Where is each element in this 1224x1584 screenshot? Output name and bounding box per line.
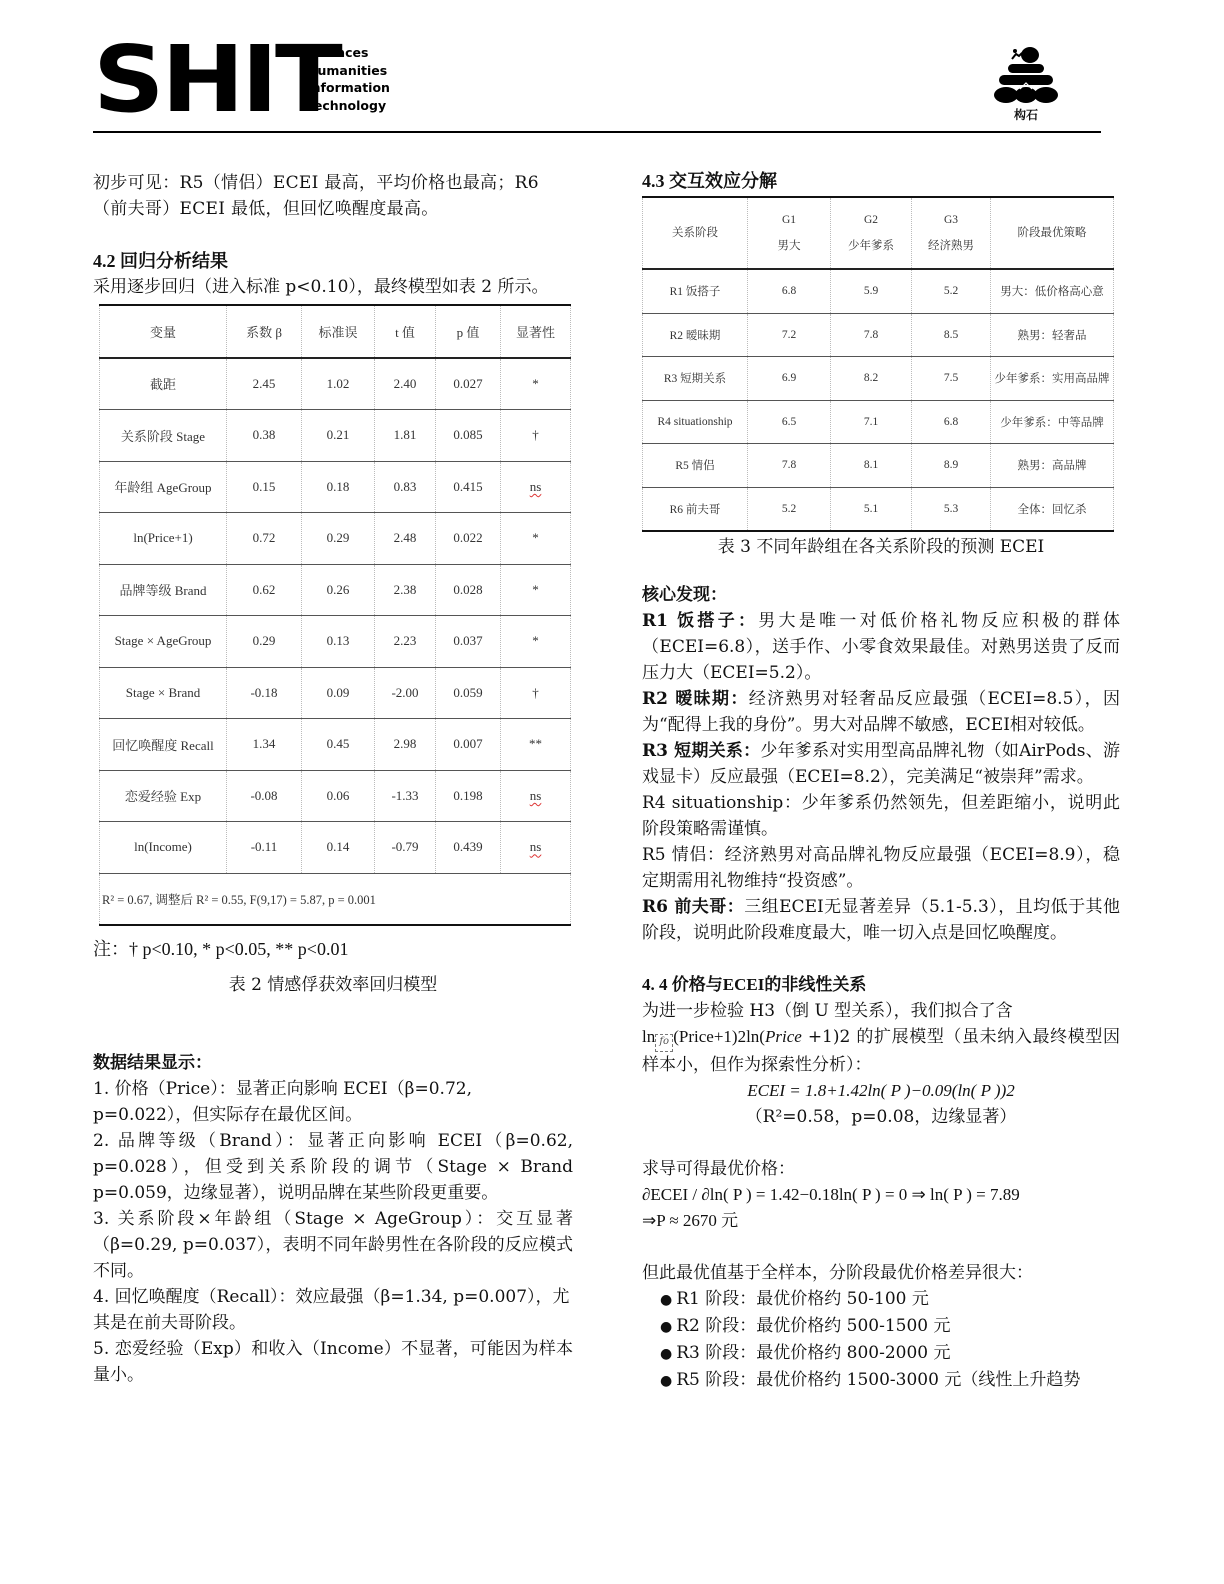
coef-cell: -0.11	[227, 822, 302, 874]
list-item: R5 阶段：最优价格约 1500-3000 元（线性上升趋势	[660, 1367, 1120, 1394]
t-cell: 2.40	[375, 358, 436, 410]
coef-cell: 0.29	[227, 616, 302, 668]
result-item: 5. 恋爱经验（Exp）和收入（Income）不显著，可能因为样本量小。	[93, 1336, 573, 1388]
se-cell: 0.21	[302, 410, 375, 462]
g2-cell: 8.2	[831, 357, 912, 401]
table-row: R1 饭搭子 6.8 5.9 5.2 男大：低价格高心意	[643, 269, 1114, 313]
variable-cell: 恋爱经验 Exp	[100, 770, 227, 822]
publisher-name: 构石	[990, 106, 1062, 123]
list-item: R2 阶段：最优价格约 500-1500 元	[660, 1313, 1120, 1340]
g1-cell: 5.2	[748, 487, 831, 531]
section-4-4-title: 4. 4 价格与ECEI的非线性关系	[642, 972, 1120, 998]
p-cell: 0.198	[436, 770, 501, 822]
variable-cell: 品牌等级 Brand	[100, 564, 227, 616]
column-header: G2少年爹系	[831, 197, 912, 269]
g1-cell: 7.8	[748, 444, 831, 488]
strategy-cell: 男大：低价格高心意	[991, 269, 1114, 313]
left-column: 初步可见：R5（情侣）ECEI 最高，平均价格也最高；R6（前夫哥）ECEI 最…	[93, 170, 573, 1388]
g3-cell: 6.8	[912, 400, 991, 444]
g3-cell: 5.2	[912, 269, 991, 313]
section-4-4-text: 为进一步检验 H3（倒 U 型关系），我们拟合了含 lnfo(Price+1)2…	[642, 998, 1120, 1078]
result-item: 3. 关系阶段×年龄组（Stage × AgeGroup）：交互显著（β=0.2…	[93, 1206, 573, 1284]
intro-paragraph: 初步可见：R5（情侣）ECEI 最高，平均价格也最高；R6（前夫哥）ECEI 最…	[93, 170, 573, 222]
derivative-formula: ∂ECEI / ∂ln( P ) = 1.42−0.18ln( P ) = 0 …	[642, 1182, 1120, 1208]
variable-cell: ln(Income)	[100, 822, 227, 874]
coef-cell: 0.38	[227, 410, 302, 462]
g3-cell: 7.5	[912, 357, 991, 401]
stage-cell: R4 situationship	[643, 400, 748, 444]
sig-cell: ns	[501, 770, 571, 822]
right-column: 4.3 交互效应分解 关系阶段 G1男大 G2少年爹系 G3经济熟男 阶段最优策…	[642, 168, 1120, 1394]
result-item: 2. 品牌等级（Brand）：显著正向影响 ECEI（β=0.62, p=0.0…	[93, 1128, 573, 1206]
logo-subtitle-line: Technology	[307, 97, 390, 115]
coef-cell: 0.62	[227, 564, 302, 616]
finding-item: R5 情侣：经济熟男对高品牌礼物反应最强（ECEI=8.9），稳定期需用礼物维持…	[642, 842, 1120, 894]
section-4-4-text-a: 为进一步检验 H3（倒 U 型关系），我们拟合了含	[642, 1001, 1013, 1021]
publisher-logo: 构石	[990, 44, 1062, 123]
sig-cell: *	[501, 564, 571, 616]
column-header: 阶段最优策略	[991, 197, 1114, 269]
finding-label: R2 暧昧期：	[642, 689, 749, 709]
p-cell: 0.415	[436, 461, 501, 513]
interaction-table: 关系阶段 G1男大 G2少年爹系 G3经济熟男 阶段最优策略 R1 饭搭子 6.…	[642, 196, 1114, 532]
journal-logo: SHIT	[93, 38, 340, 122]
g3-cell: 8.9	[912, 444, 991, 488]
se-cell: 0.06	[302, 770, 375, 822]
column-header: 关系阶段	[643, 197, 748, 269]
table-row: Stage × Brand -0.18 0.09 -2.00 0.059 †	[100, 667, 571, 719]
p-cell: 0.059	[436, 667, 501, 719]
section-4-2-title: 4.2 回归分析结果	[93, 248, 573, 274]
t-cell: 0.83	[375, 461, 436, 513]
table-2-caption: 表 2 情感俘获效率回归模型	[93, 972, 573, 998]
variable-cell: 回忆唤醒度 Recall	[100, 719, 227, 771]
variable-cell: Stage × AgeGroup	[100, 616, 227, 668]
sig-cell: ns	[501, 461, 571, 513]
stage-cell: R3 短期关系	[643, 357, 748, 401]
g2-cell: 7.8	[831, 313, 912, 357]
coef-cell: 2.45	[227, 358, 302, 410]
list-item: R1 阶段：最优价格约 50-100 元	[660, 1286, 1120, 1313]
table-row: 恋爱经验 Exp -0.08 0.06 -1.33 0.198 ns	[100, 770, 571, 822]
finding-label: R4 situationship：	[642, 793, 802, 813]
table-row: R6 前夫哥 5.2 5.1 5.3 全体：回忆杀	[643, 487, 1114, 531]
sig-cell: †	[501, 410, 571, 462]
section-4-4-text-b: (Price+1)2ln(	[673, 1027, 765, 1046]
finding-item: R3 短期关系：少年爹系对实用型高品牌礼物（如AirPods、游戏显卡）反应最强…	[642, 738, 1120, 790]
sig-cell: **	[501, 719, 571, 771]
t-cell: -0.79	[375, 822, 436, 874]
se-cell: 0.13	[302, 616, 375, 668]
regression-table: 变量 系数 β 标准误 t 值 p 值 显著性 截距 2.45 1.02 2.4…	[99, 304, 571, 926]
coef-cell: 0.15	[227, 461, 302, 513]
table-row: 截距 2.45 1.02 2.40 0.027 *	[100, 358, 571, 410]
sig-cell: *	[501, 358, 571, 410]
t-cell: 2.23	[375, 616, 436, 668]
finding-label: R3 短期关系：	[642, 741, 760, 761]
coef-cell: 0.72	[227, 513, 302, 565]
result-item: 4. 回忆唤醒度（Recall）：效应最强（β=1.34, p=0.007），尤…	[93, 1284, 573, 1336]
significance-note: 注：† p<0.10, * p<0.05, ** p<0.01	[93, 936, 573, 962]
missing-glyph-icon: fo	[655, 1034, 673, 1052]
t-cell: -2.00	[375, 667, 436, 719]
p-cell: 0.037	[436, 616, 501, 668]
sig-cell: †	[501, 667, 571, 719]
p-cell: 0.028	[436, 564, 501, 616]
t-cell: 2.38	[375, 564, 436, 616]
strategy-cell: 熟男：轻奢品	[991, 313, 1114, 357]
stage-cell: R1 饭搭子	[643, 269, 748, 313]
derive-title: 求导可得最优价格：	[642, 1156, 1120, 1182]
se-cell: 0.45	[302, 719, 375, 771]
coef-cell: -0.18	[227, 667, 302, 719]
table-3-caption: 表 3 不同年龄组在各关系阶段的预测 ECEI	[642, 534, 1120, 560]
column-header: t 值	[375, 305, 436, 358]
p-cell: 0.439	[436, 822, 501, 874]
finding-item: R1 饭搭子：男大是唯一对低价格礼物反应积极的群体（ECEI=6.8），送手作、…	[642, 608, 1120, 686]
g2-cell: 7.1	[831, 400, 912, 444]
column-header: 显著性	[501, 305, 571, 358]
logo-subtitle-line: Sciences	[307, 44, 390, 62]
column-header: 变量	[100, 305, 227, 358]
t-cell: 1.81	[375, 410, 436, 462]
table-row: R4 situationship 6.5 7.1 6.8 少年爹系：中等品牌	[643, 400, 1114, 444]
finding-label: R1 饭搭子：	[642, 611, 758, 631]
finding-item: R2 暧昧期：经济熟男对轻奢品反应最强（ECEI=8.5），因为“配得上我的身份…	[642, 686, 1120, 738]
table-row: Stage × AgeGroup 0.29 0.13 2.23 0.037 *	[100, 616, 571, 668]
variable-cell: 年龄组 AgeGroup	[100, 461, 227, 513]
stage-cell: R5 情侣	[643, 444, 748, 488]
sig-cell: *	[501, 616, 571, 668]
g1-cell: 6.9	[748, 357, 831, 401]
stage-price-intro: 但此最优值基于全样本，分阶段最优价格差异很大：	[642, 1260, 1120, 1286]
variable-cell: ln(Price+1)	[100, 513, 227, 565]
table-row: R3 短期关系 6.9 8.2 7.5 少年爹系：实用高品牌	[643, 357, 1114, 401]
strategy-cell: 少年爹系：中等品牌	[991, 400, 1114, 444]
g1-cell: 6.8	[748, 269, 831, 313]
variable-cell: Stage × Brand	[100, 667, 227, 719]
p-cell: 0.085	[436, 410, 501, 462]
table-header-row: 变量 系数 β 标准误 t 值 p 值 显著性	[100, 305, 571, 358]
section-4-4-text-b2: Price	[765, 1027, 802, 1046]
g3-cell: 8.5	[912, 313, 991, 357]
journal-logo-subtitle: Sciences Humanities Information Technolo…	[307, 44, 390, 114]
model-fit-stats: R² = 0.67, 调整后 R² = 0.55, F(9,17) = 5.87…	[100, 873, 571, 925]
logo-subtitle-line: Information	[307, 79, 390, 97]
stage-price-list: R1 阶段：最优价格约 50-100 元 R2 阶段：最优价格约 500-150…	[642, 1286, 1120, 1394]
strategy-cell: 少年爹系：实用高品牌	[991, 357, 1114, 401]
table-header-row: 关系阶段 G1男大 G2少年爹系 G3经济熟男 阶段最优策略	[643, 197, 1114, 269]
table-row: R2 暧昧期 7.2 7.8 8.5 熟男：轻奢品	[643, 313, 1114, 357]
column-header: p 值	[436, 305, 501, 358]
logo-subtitle-line: Humanities	[307, 62, 390, 80]
column-header: G3经济熟男	[912, 197, 991, 269]
t-cell: 2.98	[375, 719, 436, 771]
t-cell: -1.33	[375, 770, 436, 822]
se-cell: 0.26	[302, 564, 375, 616]
g1-cell: 6.5	[748, 400, 831, 444]
g3-cell: 5.3	[912, 487, 991, 531]
finding-item: R6 前夫哥：三组ECEI无显著差异（5.1-5.3），且均低于其他阶段，说明此…	[642, 894, 1120, 946]
finding-item: R4 situationship：少年爹系仍然领先，但差距缩小，说明此阶段策略需…	[642, 790, 1120, 842]
result-item: 1. 价格（Price）：显著正向影响 ECEI（β=0.72, p=0.022…	[93, 1076, 573, 1128]
findings-title: 核心发现：	[642, 582, 1120, 608]
sig-cell: *	[501, 513, 571, 565]
g2-cell: 5.9	[831, 269, 912, 313]
se-cell: 1.02	[302, 358, 375, 410]
g2-cell: 5.1	[831, 487, 912, 531]
rock-pile-icon	[992, 44, 1060, 104]
model-formula: ECEI = 1.8+1.42ln( P )−0.09(ln( P ))2	[642, 1078, 1120, 1104]
column-header: 标准误	[302, 305, 375, 358]
t-cell: 2.48	[375, 513, 436, 565]
coef-cell: 1.34	[227, 719, 302, 771]
p-cell: 0.027	[436, 358, 501, 410]
table-row: 年龄组 AgeGroup 0.15 0.18 0.83 0.415 ns	[100, 461, 571, 513]
list-item: R3 阶段：最优价格约 800-2000 元	[660, 1340, 1120, 1367]
p-cell: 0.022	[436, 513, 501, 565]
table-row: ln(Income) -0.11 0.14 -0.79 0.439 ns	[100, 822, 571, 874]
table-footer-row: R² = 0.67, 调整后 R² = 0.55, F(9,17) = 5.87…	[100, 873, 571, 925]
finding-label: R5 情侣：	[642, 845, 725, 865]
g1-cell: 7.2	[748, 313, 831, 357]
se-cell: 0.09	[302, 667, 375, 719]
optimal-price-formula: ⇒P ≈ 2670 元	[642, 1208, 1120, 1234]
table-row: ln(Price+1) 0.72 0.29 2.48 0.022 *	[100, 513, 571, 565]
table-row: 品牌等级 Brand 0.62 0.26 2.38 0.028 *	[100, 564, 571, 616]
model-formula-note: （R²=0.58，p=0.08，边缘显著）	[642, 1104, 1120, 1130]
table-row: 关系阶段 Stage 0.38 0.21 1.81 0.085 †	[100, 410, 571, 462]
coef-cell: -0.08	[227, 770, 302, 822]
se-cell: 0.14	[302, 822, 375, 874]
column-header: G1男大	[748, 197, 831, 269]
finding-label: R6 前夫哥：	[642, 897, 744, 917]
column-header: 系数 β	[227, 305, 302, 358]
strategy-cell: 熟男：高品牌	[991, 444, 1114, 488]
p-cell: 0.007	[436, 719, 501, 771]
section-4-3-title: 4.3 交互效应分解	[642, 168, 1120, 194]
variable-cell: 截距	[100, 358, 227, 410]
results-title: 数据结果显示：	[93, 1050, 573, 1076]
table-row: 回忆唤醒度 Recall 1.34 0.45 2.98 0.007 **	[100, 719, 571, 771]
stage-cell: R6 前夫哥	[643, 487, 748, 531]
table-row: R5 情侣 7.8 8.1 8.9 熟男：高品牌	[643, 444, 1114, 488]
sig-cell: ns	[501, 822, 571, 874]
strategy-cell: 全体：回忆杀	[991, 487, 1114, 531]
se-cell: 0.29	[302, 513, 375, 565]
stage-cell: R2 暧昧期	[643, 313, 748, 357]
section-4-2-text: 采用逐步回归（进入标准 p<0.10），最终模型如表 2 所示。	[93, 274, 573, 300]
header-divider	[93, 131, 1101, 133]
g2-cell: 8.1	[831, 444, 912, 488]
variable-cell: 关系阶段 Stage	[100, 410, 227, 462]
se-cell: 0.18	[302, 461, 375, 513]
